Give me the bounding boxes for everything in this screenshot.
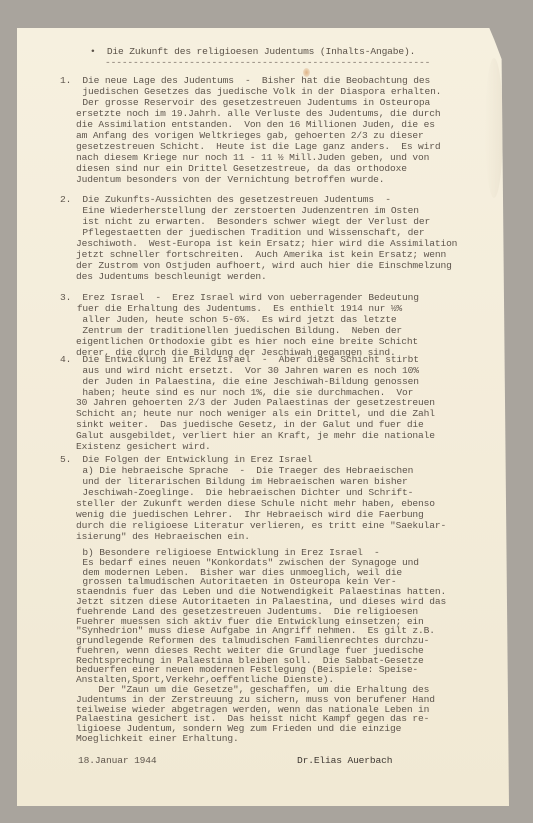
section-1-line: am Anfang des vorigen Weltkrieges gab, g… [76,130,424,141]
section-1-line: diesen sind nur ein Drittel Gesetzestreu… [76,163,407,174]
section-5-line: a) Die hebraeische Sprache - Die Traeger… [60,465,413,476]
section-1-line: juedischen Gesetzes das juedische Volk i… [60,86,441,97]
section-5-line: 5. Die Folgen der Entwicklung in Erez Is… [60,454,312,465]
section-5-line: Jeschiwah-Zoeglinge. Die hebraeischen Di… [60,487,413,498]
section-1-line: Judentum besonders von der Vernichtung b… [76,174,384,185]
section-4-line: der Juden in Palaestina, die eine Jeschi… [60,376,419,387]
section-4-line: aus und wird nicht ersetzt. Vor 30 Jahre… [60,365,419,376]
section-3-line: fuer die Erhaltung des Judentums. Es ent… [60,303,402,314]
section-4-line: 30 Jahren gehoerten 2/3 der Juden Palaes… [76,397,435,408]
section-2-line: der Zustrom von Ostjuden aufhoert, wird … [76,260,452,271]
section-5-line: und der literarischen Bildung im Hebraei… [60,476,408,487]
section-4-line: sinkt weiter. Das juedische Gesetz, in d… [76,419,424,430]
section-2-line: 2. Die Zukunfts-Aussichten des gesetzest… [60,194,391,205]
section-4-line: 4. Die Entwicklung in Erez Israel - Aber… [60,354,419,365]
section-3-line: eigentlichen Orthodoxie gibt es hier noc… [76,336,418,347]
section-5-line: steller der Zukunft werden diese Schule … [76,498,435,509]
section-1-line: die Assimilation entstanden. Von den 16 … [76,119,435,130]
document-title: • Die Zukunft des religioesen Judentums … [90,46,415,57]
document-date: 18.Januar 1944 [78,755,157,766]
section-3-line: Zentrum der traditionellen juedischen Bi… [60,325,402,336]
section-2-line: jetzt schneller fortschreiten. Auch Amer… [76,249,446,260]
section-1-line: gesetzestreuen Schicht. Heute ist die La… [76,141,440,152]
section-5b-line: Moeglichkeit einer Erhaltung. [76,733,239,744]
section-1-line: 1. Die neue Lage des Judentums - Bisher … [60,75,430,86]
section-5-line: durch die religioese Literatur verlieren… [76,520,446,531]
section-3-line: aller Juden, heute schon 5-6%. Es wird j… [60,314,396,325]
section-1-line: ersetzte noch im 19.Jahrh. alle Verluste… [76,108,440,119]
section-4-line: Schicht an; heute nur noch weniger als e… [76,408,435,419]
author-signature: Dr.Elias Auerbach [297,755,392,766]
section-1-line: Der grosse Reservoir des gesetzestreuen … [60,97,430,108]
title-underline: ----------------------------------------… [105,57,430,68]
section-2-line: Pflegestaetten der juedischen Tradition … [60,227,424,238]
section-3-line: 3. Erez Israel - Erez Israel wird von ue… [60,292,419,303]
section-2-line: Eine Wiederherstellung der zerstoerten J… [60,205,419,216]
section-5-line: isierung" des Hebraeischen ein. [76,531,250,542]
section-5-line: wenig die juedischen Lehrer. Ihr Hebraei… [76,509,424,520]
section-4-line: Existenz gesichert wird. [76,441,211,452]
section-2-line: Jeschiwoth. West-Europa ist kein Ersatz;… [76,238,457,249]
section-2-line: ist nicht zu erwarten. Besonders schwer … [60,216,430,227]
section-1-line: nach diesem Kriege nur noch 11 - 11 ½ Mi… [76,152,429,163]
section-2-line: des Judentums beschleunigt werden. [76,271,267,282]
section-4-line: Galut ausgebildet, verliert hier an Kraf… [76,430,435,441]
